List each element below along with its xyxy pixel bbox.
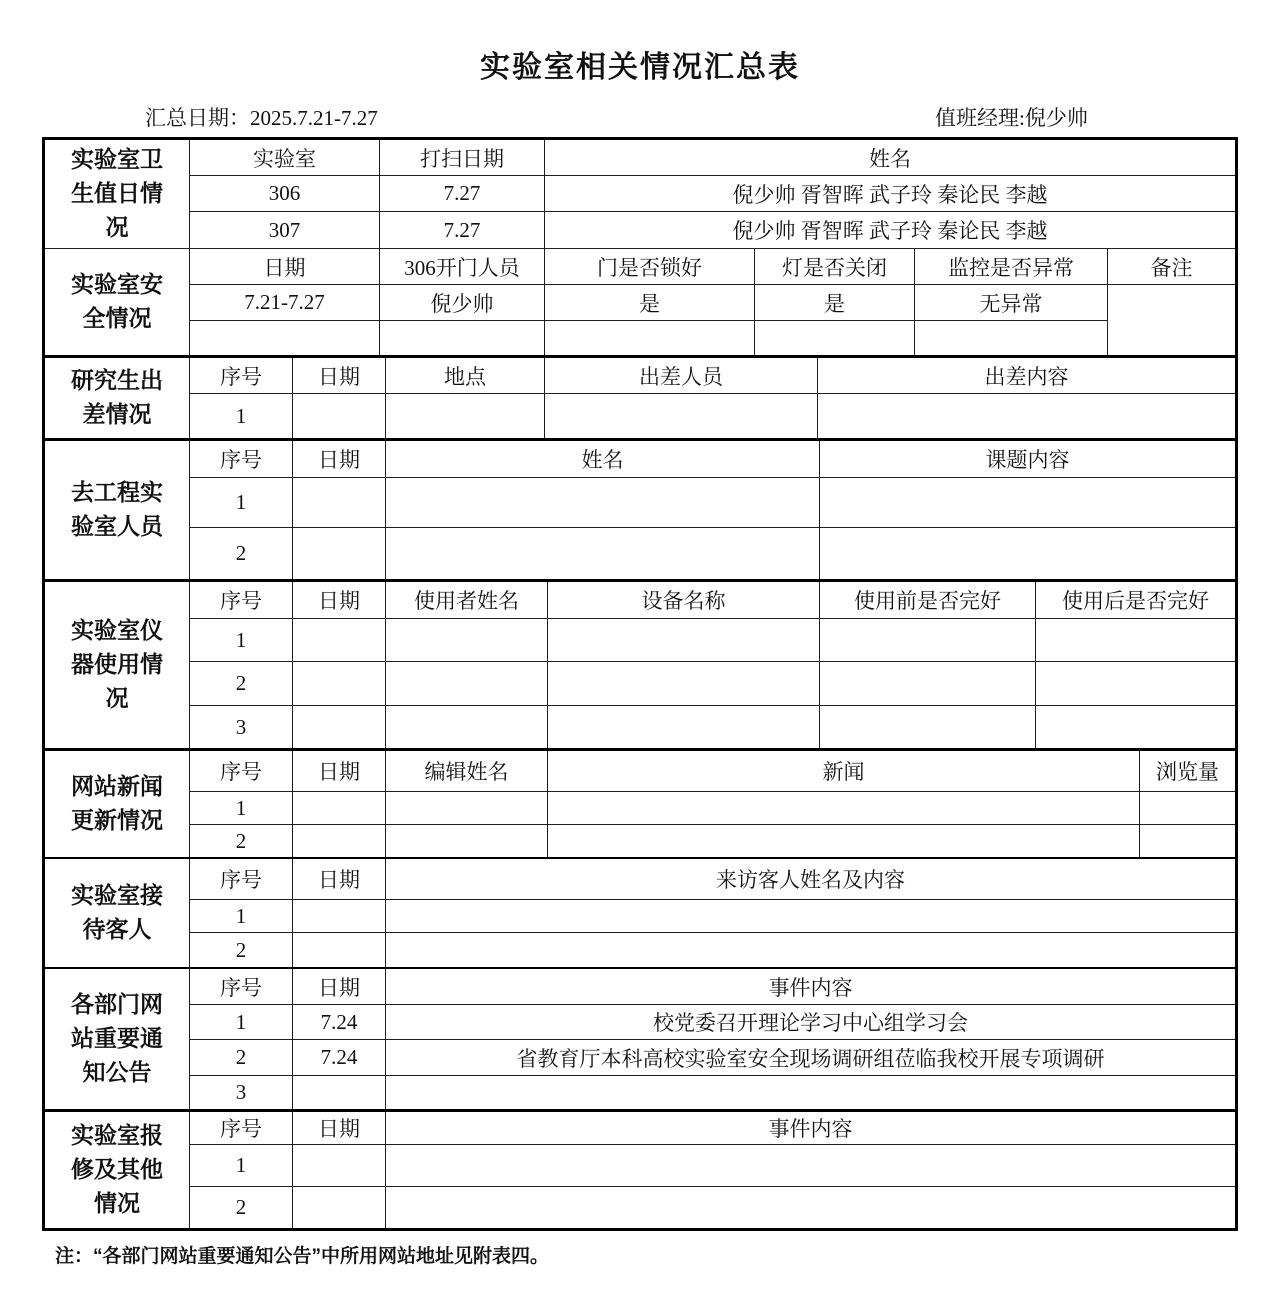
section-engineering-lab: 去工程实验室人员 序号 日期 姓名 课题内容 1 2 — [45, 441, 1235, 582]
col-header: 序号 — [190, 859, 293, 900]
cell: 7.24 — [293, 1040, 386, 1076]
cell — [386, 619, 548, 662]
section-label: 实验室报修及其他情况 — [45, 1112, 190, 1228]
cell — [548, 662, 820, 706]
col-header: 使用者姓名 — [386, 582, 548, 619]
col-header: 门是否锁好 — [545, 249, 755, 285]
cell — [386, 825, 548, 857]
cell: 1 — [190, 1005, 293, 1040]
cell: 是 — [545, 285, 755, 321]
cell — [293, 1076, 386, 1109]
cell: 2 — [190, 528, 293, 579]
cell — [190, 321, 380, 355]
col-header: 序号 — [190, 582, 293, 619]
cell — [820, 619, 1036, 662]
cell — [548, 706, 820, 748]
cell: 倪少帅 胥智晖 武子玲 秦论民 李越 — [545, 176, 1235, 212]
col-header: 地点 — [386, 358, 545, 394]
col-header: 序号 — [190, 441, 293, 478]
col-header: 浏览量 — [1140, 751, 1235, 792]
cell: 2 — [190, 825, 293, 857]
section-dept-notices: 各部门网站重要通知公告 序号 日期 事件内容 1 7.24 校党委召开理论学习中… — [45, 969, 1235, 1112]
section-website-news: 网站新闻更新情况 序号 日期 编辑姓名 新闻 浏览量 1 2 — [45, 751, 1235, 859]
cell: 倪少帅 胥智晖 武子玲 秦论民 李越 — [545, 212, 1235, 248]
cell: 307 — [190, 212, 380, 248]
cell — [293, 528, 386, 579]
cell — [386, 478, 820, 528]
footnote: 注：“各部门网站重要通知公告”中所用网站地址见附表四。 — [55, 1241, 1280, 1268]
cell — [755, 321, 915, 355]
cell — [293, 933, 386, 967]
cell: 2 — [190, 1040, 293, 1076]
col-header: 306开门人员 — [380, 249, 545, 285]
page-title: 实验室相关情况汇总表 — [0, 0, 1280, 86]
cell — [386, 900, 1235, 933]
cell: 1 — [190, 394, 293, 438]
cell: 1 — [190, 900, 293, 933]
col-header: 序号 — [190, 969, 293, 1005]
col-header: 日期 — [190, 249, 380, 285]
cell — [293, 706, 386, 748]
cell: 1 — [190, 478, 293, 528]
cell — [1140, 792, 1235, 825]
cell — [820, 528, 1235, 579]
section-instrument-usage: 实验室仪器使用情况 序号 日期 使用者姓名 设备名称 使用前是否完好 使用后是否… — [45, 582, 1235, 751]
col-header: 灯是否关闭 — [755, 249, 915, 285]
col-header: 日期 — [293, 1112, 386, 1145]
cell: 3 — [190, 1076, 293, 1109]
cell — [545, 321, 755, 355]
col-header: 出差人员 — [545, 358, 818, 394]
cell: 3 — [190, 706, 293, 748]
summary-table: 实验室卫生值日情况 实验室 打扫日期 姓名 306 7.27 倪少帅 胥智晖 武… — [42, 137, 1238, 1231]
col-header: 日期 — [293, 859, 386, 900]
cell — [1140, 825, 1235, 857]
meta-row: 汇总日期：2025.7.21-7.27 值班经理:倪少帅 — [0, 86, 1280, 137]
col-header: 设备名称 — [548, 582, 820, 619]
cell — [820, 662, 1036, 706]
cell: 2 — [190, 1187, 293, 1228]
col-header: 日期 — [293, 969, 386, 1005]
section-hygiene-duty: 实验室卫生值日情况 实验室 打扫日期 姓名 306 7.27 倪少帅 胥智晖 武… — [45, 140, 1235, 249]
section-label: 去工程实验室人员 — [45, 441, 190, 579]
cell — [820, 706, 1036, 748]
cell — [386, 528, 820, 579]
section-label: 实验室卫生值日情况 — [45, 140, 190, 248]
col-header: 来访客人姓名及内容 — [386, 859, 1235, 900]
cell — [293, 662, 386, 706]
cell: 倪少帅 — [380, 285, 545, 321]
cell — [386, 933, 1235, 967]
cell — [293, 478, 386, 528]
col-header: 监控是否异常 — [915, 249, 1108, 285]
cell — [820, 478, 1235, 528]
cell: 省教育厅本科高校实验室安全现场调研组莅临我校开展专项调研 — [386, 1040, 1235, 1076]
section-guests: 实验室接待客人 序号 日期 来访客人姓名及内容 1 2 — [45, 859, 1235, 969]
col-header: 日期 — [293, 751, 386, 792]
summary-date: 汇总日期：2025.7.21-7.27 — [145, 102, 378, 132]
cell — [818, 394, 1235, 438]
col-header: 事件内容 — [386, 1112, 1235, 1145]
cell — [1036, 706, 1235, 748]
cell: 是 — [755, 285, 915, 321]
cell — [548, 825, 1140, 857]
col-header: 日期 — [293, 582, 386, 619]
col-header: 备注 — [1108, 249, 1235, 285]
cell — [386, 1145, 1235, 1187]
section-repairs-other: 实验室报修及其他情况 序号 日期 事件内容 1 2 — [45, 1112, 1235, 1228]
cell — [293, 792, 386, 825]
cell: 7.21-7.27 — [190, 285, 380, 321]
cell — [548, 792, 1140, 825]
cell — [386, 662, 548, 706]
cell: 1 — [190, 1145, 293, 1187]
cell: 7.27 — [380, 212, 545, 248]
cell — [386, 706, 548, 748]
col-header: 日期 — [293, 358, 386, 394]
cell — [1036, 619, 1235, 662]
cell: 7.24 — [293, 1005, 386, 1040]
section-grad-trip: 研究生出差情况 序号 日期 地点 出差人员 出差内容 1 — [45, 358, 1235, 441]
cell — [293, 394, 386, 438]
col-header: 使用前是否完好 — [820, 582, 1036, 619]
cell — [293, 619, 386, 662]
col-header: 打扫日期 — [380, 140, 545, 176]
section-label: 实验室仪器使用情况 — [45, 582, 190, 748]
cell — [386, 792, 548, 825]
col-header: 新闻 — [548, 751, 1140, 792]
cell — [293, 825, 386, 857]
remark-cell — [1108, 285, 1235, 355]
cell: 1 — [190, 619, 293, 662]
cell — [386, 394, 545, 438]
cell: 1 — [190, 792, 293, 825]
col-header: 序号 — [190, 358, 293, 394]
col-header: 序号 — [190, 1112, 293, 1145]
cell: 2 — [190, 933, 293, 967]
col-header: 出差内容 — [818, 358, 1235, 394]
cell — [293, 900, 386, 933]
cell — [293, 1187, 386, 1228]
col-header: 姓名 — [386, 441, 820, 478]
cell: 2 — [190, 662, 293, 706]
cell — [548, 619, 820, 662]
cell — [915, 321, 1108, 355]
col-header: 实验室 — [190, 140, 380, 176]
col-header: 日期 — [293, 441, 386, 478]
section-label: 实验室安全情况 — [45, 249, 190, 355]
section-safety: 实验室安全情况 日期 306开门人员 门是否锁好 灯是否关闭 监控是否异常 备注… — [45, 249, 1235, 358]
section-label: 网站新闻更新情况 — [45, 751, 190, 857]
col-header: 使用后是否完好 — [1036, 582, 1235, 619]
cell — [545, 394, 818, 438]
cell: 7.27 — [380, 176, 545, 212]
cell — [386, 1076, 1235, 1109]
cell — [386, 1187, 1235, 1228]
cell — [380, 321, 545, 355]
col-header: 事件内容 — [386, 969, 1235, 1005]
section-label: 实验室接待客人 — [45, 859, 190, 967]
duty-manager: 值班经理:倪少帅 — [935, 102, 1088, 132]
col-header: 课题内容 — [820, 441, 1235, 478]
cell: 无异常 — [915, 285, 1108, 321]
col-header: 序号 — [190, 751, 293, 792]
cell — [1036, 662, 1235, 706]
section-label: 研究生出差情况 — [45, 358, 190, 438]
section-label: 各部门网站重要通知公告 — [45, 969, 190, 1109]
cell: 306 — [190, 176, 380, 212]
cell — [293, 1145, 386, 1187]
col-header: 姓名 — [545, 140, 1235, 176]
cell: 校党委召开理论学习中心组学习会 — [386, 1005, 1235, 1040]
col-header: 编辑姓名 — [386, 751, 548, 792]
